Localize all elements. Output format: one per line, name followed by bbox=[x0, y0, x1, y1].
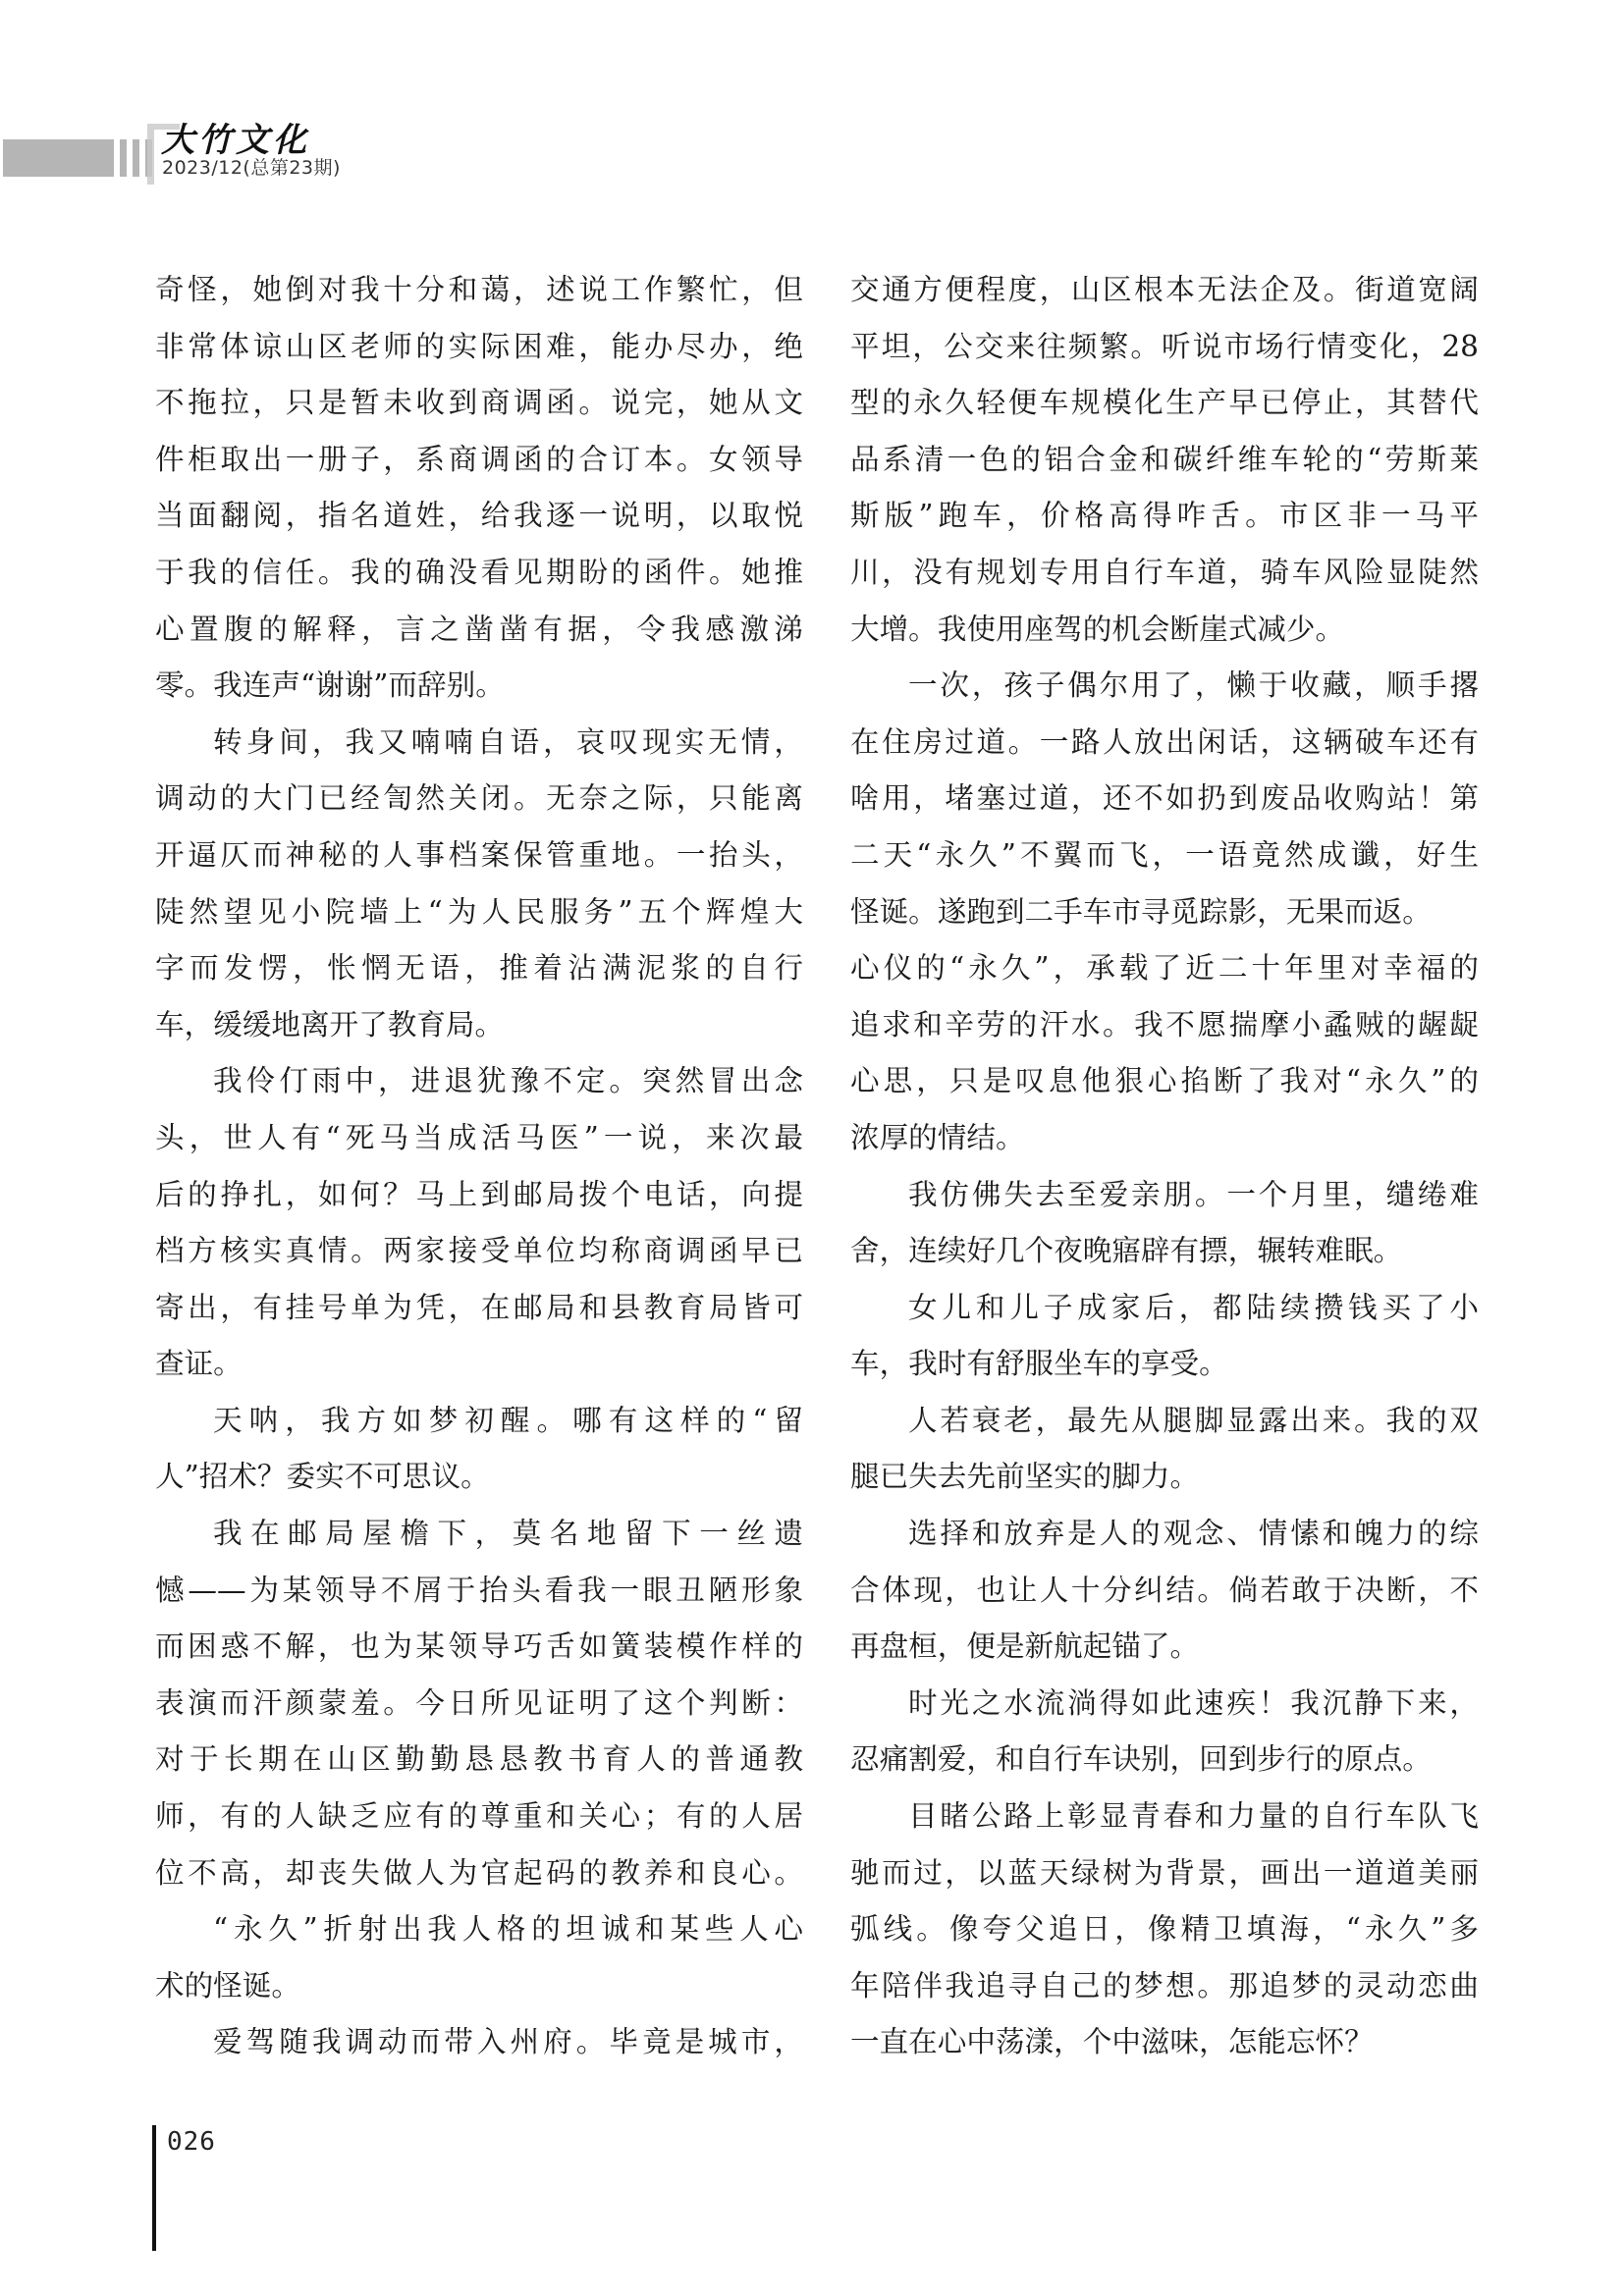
text-line: 追求和辛劳的汗水。我不愿揣摩小蟊贼的龌龊 bbox=[850, 997, 1479, 1054]
text-line: 后的挣扎，如何？马上到邮局拨个电话，向提 bbox=[155, 1167, 803, 1224]
text-line: 于我的信任。我的确没看见期盼的函件。她推 bbox=[155, 545, 803, 602]
paragraph-first-line: 我仿佛失去至爱亲朋。一个月里，缱绻难 bbox=[850, 1167, 1479, 1224]
magazine-title: 大竹文化 bbox=[161, 122, 310, 159]
text-line: 心仪的“永久”，承载了近二十年里对幸福的 bbox=[850, 940, 1479, 997]
text-column-left: 奇怪，她倒对我十分和蔼，述说工作繁忙，但非常体谅山区老师的实际困难，能办尽办，绝… bbox=[155, 262, 803, 2071]
text-line: 交通方便程度，山区根本无法企及。街道宽阔 bbox=[850, 262, 1479, 319]
text-column-right: 交通方便程度，山区根本无法企及。街道宽阔平坦，公交来往频繁。听说市场行情变化，2… bbox=[850, 262, 1479, 2071]
text-line: 非常体谅山区老师的实际困难，能办尽办，绝 bbox=[155, 319, 803, 376]
text-line: 头，世人有“死马当成活马医”一说，来次最 bbox=[155, 1110, 803, 1167]
text-line: 寄出，有挂号单为凭，在邮局和县教育局皆可 bbox=[155, 1280, 803, 1337]
text-line: 术的怪诞。 bbox=[155, 1958, 803, 2015]
text-line: 型的永久轻便车规模化生产早已停止，其替代 bbox=[850, 375, 1479, 432]
paragraph-first-line: 人若衰老，最先从腿脚显露出来。我的双 bbox=[850, 1393, 1479, 1450]
issue-label: 2023/12(总第23期) bbox=[162, 157, 341, 179]
text-line: 奇怪，她倒对我十分和蔼，述说工作繁忙，但 bbox=[155, 262, 803, 319]
paragraph-first-line: 转身间，我又喃喃自语，哀叹现实无情， bbox=[155, 715, 803, 772]
paragraph-first-line: 选择和放弃是人的观念、情愫和魄力的综 bbox=[850, 1506, 1479, 1563]
text-line: 车，缓缓地离开了教育局。 bbox=[155, 997, 803, 1054]
text-line: 怪诞。遂跑到二手车市寻觅踪影，无果而返。 bbox=[850, 884, 1479, 941]
text-line: 二天“永久”不翼而飞，一语竟然成谶，好生 bbox=[850, 828, 1479, 884]
paragraph-first-line: 我在邮局屋檐下，莫名地留下一丝遗 bbox=[155, 1506, 803, 1563]
text-line: 开逼仄而神秘的人事档案保管重地。一抬头， bbox=[155, 828, 803, 884]
text-line: 人”招术？委实不可思议。 bbox=[155, 1449, 803, 1506]
text-line: 查证。 bbox=[155, 1336, 803, 1393]
text-line: 浓厚的情结。 bbox=[850, 1110, 1479, 1167]
paragraph-first-line: “永久”折射出我人格的坦诚和某些人心 bbox=[155, 1901, 803, 1958]
paragraph-first-line: 天呐，我方如梦初醒。哪有这样的“留 bbox=[155, 1393, 803, 1450]
text-line: 腿已失去先前坚实的脚力。 bbox=[850, 1449, 1479, 1506]
text-line: 平坦，公交来往频繁。听说市场行情变化，28 bbox=[850, 319, 1479, 376]
paragraph-first-line: 我伶仃雨中，进退犹豫不定。突然冒出念 bbox=[155, 1053, 803, 1110]
paragraph-first-line: 爱驾随我调动而带入州府。毕竟是城市， bbox=[155, 2014, 803, 2071]
text-line: 合体现，也让人十分纠结。倘若敢于决断，不 bbox=[850, 1563, 1479, 1620]
text-line: 川，没有规划专用自行车道，骑车风险显陡然 bbox=[850, 545, 1479, 602]
text-line: 不拖拉，只是暂未收到商调函。说完，她从文 bbox=[155, 375, 803, 432]
text-line: 对于长期在山区勤勤恳恳教书育人的普通教 bbox=[155, 1732, 803, 1789]
text-line: 而困惑不解，也为某领导巧舌如簧装模作样的 bbox=[155, 1619, 803, 1676]
text-line: 驰而过，以蓝天绿树为背景，画出一道道美丽 bbox=[850, 1845, 1479, 1902]
masthead-stripe bbox=[133, 139, 139, 177]
text-line: 零。我连声“谢谢”而辞别。 bbox=[155, 658, 803, 715]
text-line: 车，我时有舒服坐车的享受。 bbox=[850, 1336, 1479, 1393]
text-line: 年陪伴我追寻自己的梦想。那追梦的灵动恋曲 bbox=[850, 1958, 1479, 2015]
text-line: 件柜取出一册子，系商调函的合订本。女领导 bbox=[155, 432, 803, 489]
text-line: 品系清一色的铝合金和碳纤维车轮的“劳斯莱 bbox=[850, 432, 1479, 489]
text-line: 档方核实真情。两家接受单位均称商调函早已 bbox=[155, 1223, 803, 1280]
text-line: 陡然望见小院墙上“为人民服务”五个辉煌大 bbox=[155, 884, 803, 941]
text-line: 师，有的人缺乏应有的尊重和关心；有的人居 bbox=[155, 1789, 803, 1845]
text-line: 心思，只是叹息他狠心掐断了我对“永久”的 bbox=[850, 1053, 1479, 1110]
text-line: 当面翻阅，指名道姓，给我逐一说明，以取悦 bbox=[155, 488, 803, 545]
text-line: 位不高，却丧失做人为官起码的教养和良心。 bbox=[155, 1845, 803, 1902]
paragraph-first-line: 目睹公路上彰显青春和力量的自行车队飞 bbox=[850, 1789, 1479, 1845]
text-line: 字而发愣，怅惘无语，推着沾满泥浆的自行 bbox=[155, 940, 803, 997]
text-line: 心置腹的解释，言之凿凿有据，令我感激涕 bbox=[155, 602, 803, 659]
text-line: 斯版”跑车，价格高得咋舌。市区非一马平 bbox=[850, 488, 1479, 545]
masthead-stripe bbox=[120, 139, 127, 177]
text-line: 再盘桓，便是新航起锚了。 bbox=[850, 1619, 1479, 1676]
text-line: 大增。我使用座驾的机会断崖式减少。 bbox=[850, 602, 1479, 659]
text-line: 弧线。像夸父追日，像精卫填海，“永久”多 bbox=[850, 1901, 1479, 1958]
footer-rule bbox=[152, 2125, 156, 2251]
text-line: 一直在心中荡漾，个中滋味，怎能忘怀？ bbox=[850, 2014, 1479, 2071]
text-line: 调动的大门已经訇然关闭。无奈之际，只能离 bbox=[155, 771, 803, 828]
text-line: 在住房过道。一路人放出闲话，这辆破车还有 bbox=[850, 715, 1479, 772]
text-line: 忍痛割爱，和自行车诀别，回到步行的原点。 bbox=[850, 1732, 1479, 1789]
text-line: 表演而汗颜蒙羞。今日所见证明了这个判断： bbox=[155, 1676, 803, 1733]
text-line: 舍，连续好几个夜晚寤辟有摽，辗转难眠。 bbox=[850, 1223, 1479, 1280]
paragraph-first-line: 女儿和儿子成家后，都陆续攒钱买了小 bbox=[850, 1280, 1479, 1337]
text-line: 啥用，堵塞过道，还不如扔到废品收购站！第 bbox=[850, 771, 1479, 828]
text-line: 憾——为某领导不屑于抬头看我一眼丑陋形象 bbox=[155, 1563, 803, 1620]
masthead-bar-main bbox=[3, 139, 114, 177]
paragraph-first-line: 一次，孩子偶尔用了，懒于收藏，顺手撂 bbox=[850, 658, 1479, 715]
page-number: 026 bbox=[167, 2128, 216, 2156]
paragraph-first-line: 时光之水流淌得如此速疾！我沉静下来， bbox=[850, 1676, 1479, 1733]
